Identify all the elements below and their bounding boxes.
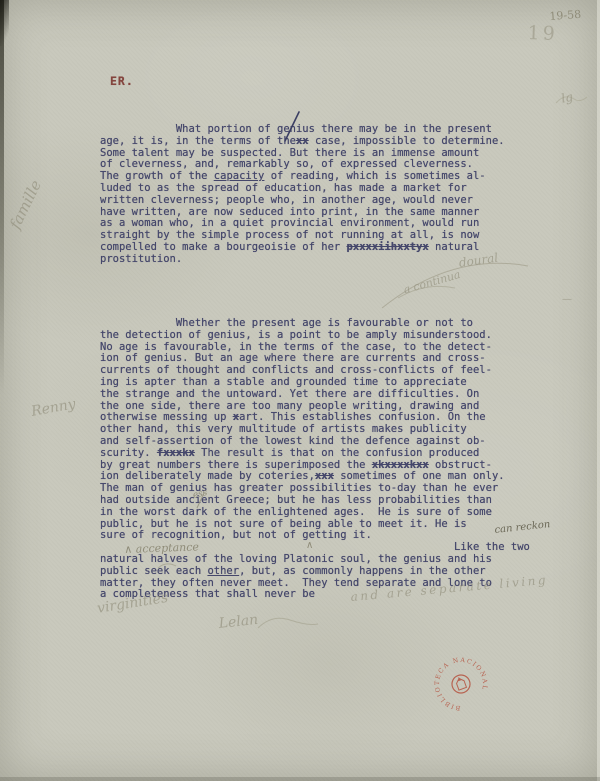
interline-scribble-2: a continua (402, 268, 462, 297)
interline-scribble-1: doural (458, 251, 499, 270)
annotation-virginities: virginities (96, 590, 169, 617)
stamp-emblem-ring (449, 672, 472, 695)
page-number-code: 19-58 (549, 8, 582, 23)
annotation-can-reckon: can reckon (494, 519, 551, 536)
caret-mark: ∧ (306, 540, 313, 551)
annotation-layer: 19-5819lgfamilleRennydourala continuaess… (0, 0, 600, 781)
insertion-ess: ess (192, 488, 208, 501)
page-number: 19 (527, 22, 558, 45)
margin-scribble-1: famille (6, 177, 45, 232)
annotation-continuation: and are separate living (350, 573, 549, 604)
annotation-acceptance: ∧ acceptance (124, 540, 199, 556)
margin-scribble-2: Renny (30, 396, 77, 420)
margin-dash: — (562, 294, 572, 305)
stamp-crest-icon (455, 676, 467, 690)
corner-scribble: lg (560, 90, 574, 106)
scanned-typescript-page: ER. What portion of genius there may be … (0, 0, 600, 781)
flourish-scribble: Lelan (218, 612, 259, 632)
